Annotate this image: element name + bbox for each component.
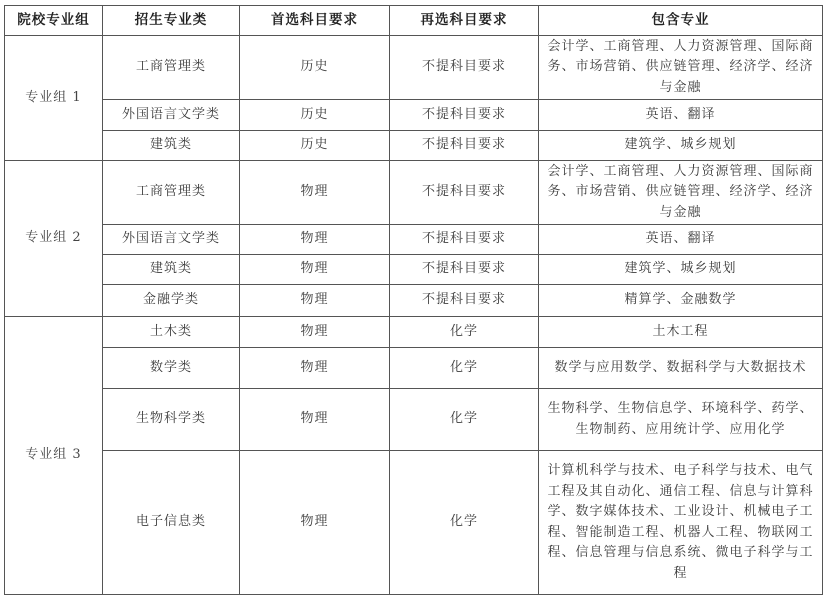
majors-cell: 数学与应用数学、数据科学与大数据技术 [539, 348, 823, 389]
admission-plan-table: 院校专业组 招生专业类 首选科目要求 再选科目要求 包含专业 专业组 1 工商管… [4, 5, 823, 595]
second-subject-cell: 不提科目要求 [390, 131, 539, 161]
first-subject-cell: 物理 [240, 389, 390, 451]
table-row: 外国语言文学类 历史 不提科目要求 英语、翻译 [5, 100, 823, 131]
first-subject-cell: 物理 [240, 225, 390, 255]
first-subject-cell: 物理 [240, 348, 390, 389]
header-group: 院校专业组 [5, 6, 103, 36]
table-row: 专业组 2 工商管理类 物理 不提科目要求 会计学、工商管理、人力资源管理、国际… [5, 161, 823, 225]
first-subject-cell: 物理 [240, 317, 390, 348]
table-row: 金融学类 物理 不提科目要求 精算学、金融数学 [5, 285, 823, 317]
first-subject-cell: 物理 [240, 161, 390, 225]
table-row: 数学类 物理 化学 数学与应用数学、数据科学与大数据技术 [5, 348, 823, 389]
category-cell: 数学类 [103, 348, 240, 389]
table-row: 生物科学类 物理 化学 生物科学、生物信息学、环境科学、药学、生物制药、应用统计… [5, 389, 823, 451]
majors-cell: 会计学、工商管理、人力资源管理、国际商务、市场营销、供应链管理、经济学、经济与金… [539, 36, 823, 100]
table-row: 外国语言文学类 物理 不提科目要求 英语、翻译 [5, 225, 823, 255]
second-subject-cell: 不提科目要求 [390, 36, 539, 100]
table-row: 电子信息类 物理 化学 计算机科学与技术、电子科学与技术、电气工程及其自动化、通… [5, 451, 823, 595]
first-subject-cell: 历史 [240, 36, 390, 100]
header-second-subject: 再选科目要求 [390, 6, 539, 36]
table-row: 专业组 3 土木类 物理 化学 土木工程 [5, 317, 823, 348]
category-cell: 建筑类 [103, 131, 240, 161]
first-subject-cell: 物理 [240, 451, 390, 595]
table-row: 建筑类 历史 不提科目要求 建筑学、城乡规划 [5, 131, 823, 161]
first-subject-cell: 物理 [240, 285, 390, 317]
category-cell: 工商管理类 [103, 161, 240, 225]
header-row: 院校专业组 招生专业类 首选科目要求 再选科目要求 包含专业 [5, 6, 823, 36]
second-subject-cell: 化学 [390, 317, 539, 348]
group-cell: 专业组 1 [5, 36, 103, 161]
header-first-subject: 首选科目要求 [240, 6, 390, 36]
second-subject-cell: 化学 [390, 348, 539, 389]
majors-cell: 会计学、工商管理、人力资源管理、国际商务、市场营销、供应链管理、经济学、经济与金… [539, 161, 823, 225]
second-subject-cell: 化学 [390, 451, 539, 595]
category-cell: 电子信息类 [103, 451, 240, 595]
header-majors: 包含专业 [539, 6, 823, 36]
majors-cell: 计算机科学与技术、电子科学与技术、电气工程及其自动化、通信工程、信息与计算科学、… [539, 451, 823, 595]
category-cell: 土木类 [103, 317, 240, 348]
category-cell: 外国语言文学类 [103, 100, 240, 131]
second-subject-cell: 不提科目要求 [390, 285, 539, 317]
category-cell: 工商管理类 [103, 36, 240, 100]
group-cell: 专业组 3 [5, 317, 103, 595]
second-subject-cell: 不提科目要求 [390, 161, 539, 225]
majors-cell: 英语、翻译 [539, 225, 823, 255]
table-row: 建筑类 物理 不提科目要求 建筑学、城乡规划 [5, 255, 823, 285]
header-category: 招生专业类 [103, 6, 240, 36]
majors-cell: 精算学、金融数学 [539, 285, 823, 317]
category-cell: 建筑类 [103, 255, 240, 285]
table-row: 专业组 1 工商管理类 历史 不提科目要求 会计学、工商管理、人力资源管理、国际… [5, 36, 823, 100]
category-cell: 外国语言文学类 [103, 225, 240, 255]
majors-cell: 土木工程 [539, 317, 823, 348]
majors-cell: 建筑学、城乡规划 [539, 131, 823, 161]
majors-cell: 英语、翻译 [539, 100, 823, 131]
second-subject-cell: 不提科目要求 [390, 100, 539, 131]
category-cell: 金融学类 [103, 285, 240, 317]
group-cell: 专业组 2 [5, 161, 103, 317]
second-subject-cell: 化学 [390, 389, 539, 451]
first-subject-cell: 历史 [240, 100, 390, 131]
category-cell: 生物科学类 [103, 389, 240, 451]
second-subject-cell: 不提科目要求 [390, 225, 539, 255]
second-subject-cell: 不提科目要求 [390, 255, 539, 285]
first-subject-cell: 历史 [240, 131, 390, 161]
majors-cell: 建筑学、城乡规划 [539, 255, 823, 285]
majors-cell: 生物科学、生物信息学、环境科学、药学、生物制药、应用统计学、应用化学 [539, 389, 823, 451]
first-subject-cell: 物理 [240, 255, 390, 285]
